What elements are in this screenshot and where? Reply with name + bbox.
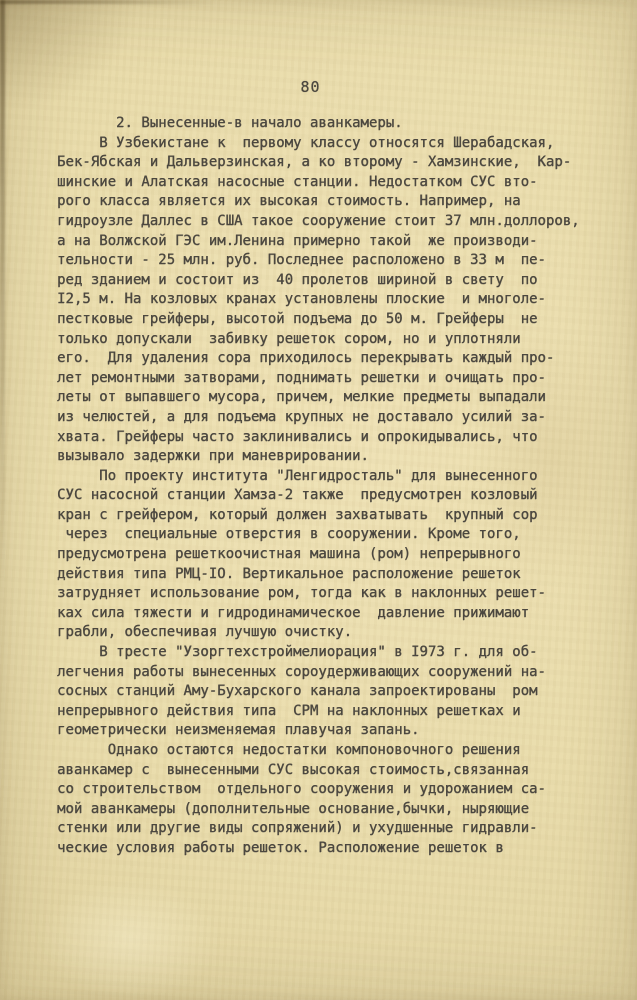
scan-top-edge-shadow [0,0,217,4]
paragraph: В тресте "Узоргтехстроймелиорация" в I97… [57,643,617,741]
paragraph: В Узбекистане к первому классу относятся… [57,134,617,467]
paragraph: Однако остаются недостатки компоновочног… [57,741,617,859]
page-number: 80 [0,78,621,96]
scanned-page: 80 2. Вынесенные-в начало аванкамеры. В … [0,0,637,1000]
paper-stain [40,880,220,1000]
page-text: 2. Вынесенные-в начало аванкамеры. В Узб… [57,114,617,859]
section-heading: 2. Вынесенные-в начало аванкамеры. [57,114,617,134]
paragraph: По проекту института "Ленгидросталь" для… [57,467,617,643]
